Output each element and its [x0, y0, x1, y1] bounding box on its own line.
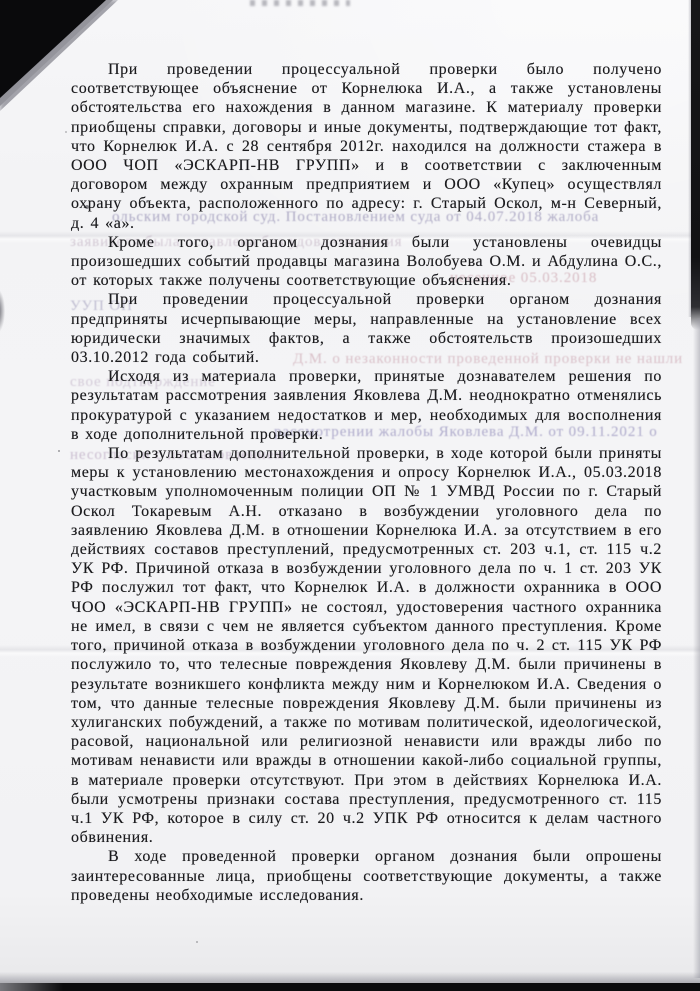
- document-paragraph: В ходе проведенной проверки органом дозн…: [71, 847, 662, 905]
- document-paragraph: При проведении процессуальной проверки о…: [71, 290, 662, 367]
- scanned-document-page: ольским городской суд. Постановлением су…: [0, 0, 700, 991]
- document-paragraph: По результатам дополнительной проверки, …: [71, 444, 662, 847]
- document-text-block: При проведении процессуальной проверки б…: [71, 60, 662, 905]
- document-paragraph: Исходя из материала проверки, принятые д…: [71, 367, 662, 444]
- page-edge-shade-right: [693, 318, 700, 978]
- scan-black-strip-right: [691, 0, 700, 330]
- scan-smudge-left: [0, 289, 5, 333]
- scan-specks: [0, 0, 2, 2]
- scan-black-bar-bottom: [0, 983, 700, 991]
- document-paragraph: Кроме того, органом дознания были устано…: [71, 233, 662, 291]
- scan-smudge-top: [250, 0, 350, 6]
- document-paragraph: При проведении процессуальной проверки б…: [71, 60, 662, 233]
